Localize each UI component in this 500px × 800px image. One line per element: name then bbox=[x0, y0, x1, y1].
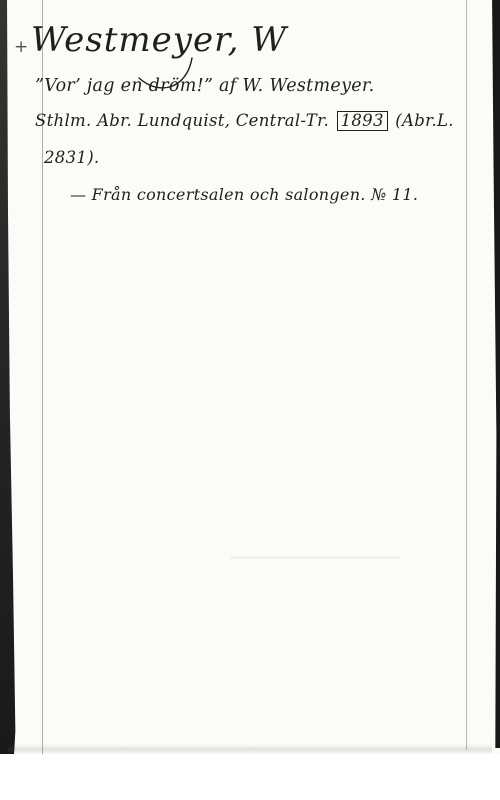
imprint-year-boxed: 1893 bbox=[337, 111, 388, 131]
margin-rule-right bbox=[466, 0, 467, 750]
scanned-page: + Westmeyer, W ”Vor’ jag en dröm!” af W.… bbox=[0, 0, 500, 800]
card-heading: Westmeyer, W bbox=[31, 20, 287, 60]
imprint-prefix: Sthlm. Abr. Lundquist, Central-Tr. bbox=[35, 111, 335, 130]
imprint-suffix: (Abr.L. bbox=[390, 111, 454, 130]
work-title-line: ”Vor’ jag en dröm!” af W. Westmeyer. bbox=[35, 76, 375, 96]
imprint-line: Sthlm. Abr. Lundquist, Central-Tr. 1893 … bbox=[35, 111, 454, 131]
paper-smudge bbox=[230, 556, 400, 559]
scan-edge-left bbox=[0, 0, 16, 754]
catalog-card: + Westmeyer, W ”Vor’ jag en dröm!” af W.… bbox=[0, 0, 500, 754]
card-bottom-edge bbox=[8, 744, 492, 754]
scan-edge-right bbox=[491, 0, 500, 748]
plus-mark: + bbox=[14, 37, 28, 57]
imprint-continuation: 2831). bbox=[44, 148, 99, 167]
series-note-line: — Från concertsalen och salongen. № 11. bbox=[70, 185, 418, 204]
